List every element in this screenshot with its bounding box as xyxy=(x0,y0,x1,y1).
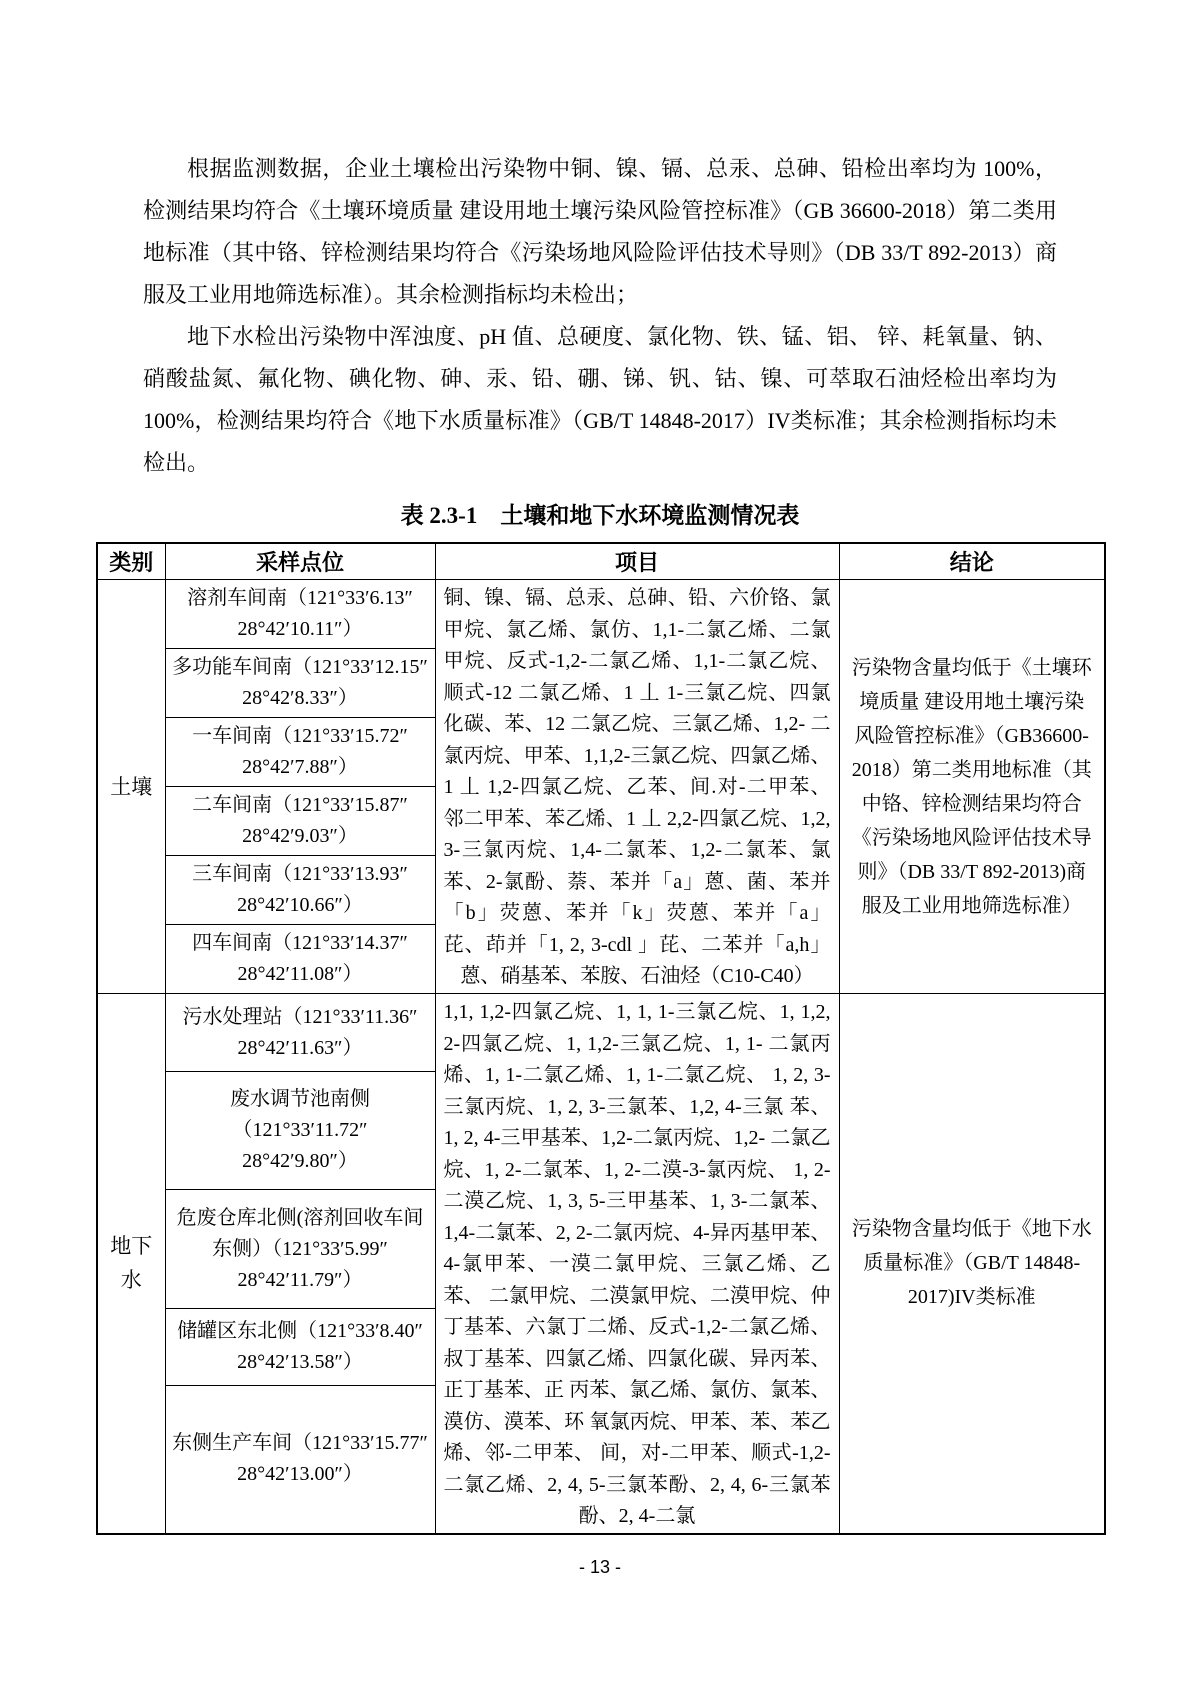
category-soil: 土壤 xyxy=(97,580,165,994)
soil-sampling-point-6: 四车间南（121°33′14.37″ 28°42′11.08″） xyxy=(165,925,435,994)
groundwater-sampling-point-5: 东侧生产车间（121°33′15.77″ 28°42′13.00″） xyxy=(165,1386,435,1534)
soil-sampling-point-1: 溶剂车间南（121°33′6.13″ 28°42′10.11″） xyxy=(165,580,435,649)
groundwater-sampling-point-4: 储罐区东北侧（121°33′8.40″ 28°42′13.58″） xyxy=(165,1309,435,1386)
document-page: 根据监测数据，企业土壤检出污染物中铜、镍、镉、总汞、总砷、铅检出率均为 100%… xyxy=(0,0,1199,1696)
body-text: 根据监测数据，企业土壤检出污染物中铜、镍、镉、总汞、总砷、铅检出率均为 100%… xyxy=(143,148,1057,484)
header-category: 类别 xyxy=(97,543,165,580)
table-header-row: 类别 采样点位 项目 结论 xyxy=(97,543,1105,580)
soil-sampling-point-5: 三车间南（121°33′13.93″ 28°42′10.66″） xyxy=(165,856,435,925)
header-sampling-points: 采样点位 xyxy=(165,543,435,580)
table-row: 土壤 溶剂车间南（121°33′6.13″ 28°42′10.11″） 铜、镍、… xyxy=(97,580,1105,649)
soil-sampling-point-4: 二车间南（121°33′15.87″ 28°42′9.03″） xyxy=(165,787,435,856)
groundwater-conclusion: 污染物含量均低于《地下水质量标准》（GB/T 14848-2017)IV类标准 xyxy=(839,994,1105,1534)
soil-sampling-point-2: 多功能车间南（121°33′12.15″ 28°42′8.33″） xyxy=(165,649,435,718)
page-number: - 13 - xyxy=(96,1557,1104,1578)
table-title: 表 2.3-1 土壤和地下水环境监测情况表 xyxy=(96,498,1104,534)
table-row: 地下 水 污水处理站（121°33′11.36″ 28°42′11.63″） 1… xyxy=(97,994,1105,1072)
soil-sampling-point-3: 一车间南（121°33′15.72″ 28°42′7.88″） xyxy=(165,718,435,787)
groundwater-sampling-point-1: 污水处理站（121°33′11.36″ 28°42′11.63″） xyxy=(165,994,435,1072)
groundwater-sampling-point-3: 危废仓库北侧(溶剂回收车间 东侧）（121°33′5.99″ 28°42′11.… xyxy=(165,1189,435,1309)
paragraph-groundwater-summary: 地下水检出污染物中浑浊度、pH 值、总硬度、氯化物、铁、锰、铝、 锌、耗氧量、钠… xyxy=(143,316,1057,484)
soil-items: 铜、镍、镉、总汞、总砷、铅、六价铬、氯甲烷、氯乙烯、氯仿、1,1-二氯乙烯、二氯… xyxy=(435,580,839,994)
groundwater-items: 1,1, 1,2-四氯乙烷、1, 1, 1-三氯乙烷、1, 1,2, 2-四氯乙… xyxy=(435,994,839,1534)
groundwater-sampling-point-2: 废水调节池南侧 （121°33′11.72″ 28°42′9.80″） xyxy=(165,1072,435,1190)
category-groundwater: 地下 水 xyxy=(97,994,165,1534)
paragraph-soil-summary: 根据监测数据，企业土壤检出污染物中铜、镍、镉、总汞、总砷、铅检出率均为 100%… xyxy=(143,148,1057,316)
header-items: 项目 xyxy=(435,543,839,580)
soil-conclusion: 污染物含量均低于《土壤环境质量 建设用地土壤污染风险管控标准》（GB36600-… xyxy=(839,580,1105,994)
page-content: 根据监测数据，企业土壤检出污染物中铜、镍、镉、总汞、总砷、铅检出率均为 100%… xyxy=(0,0,1199,1578)
monitoring-table: 类别 采样点位 项目 结论 土壤 溶剂车间南（121°33′6.13″ 28°4… xyxy=(96,542,1106,1535)
header-conclusion: 结论 xyxy=(839,543,1105,580)
